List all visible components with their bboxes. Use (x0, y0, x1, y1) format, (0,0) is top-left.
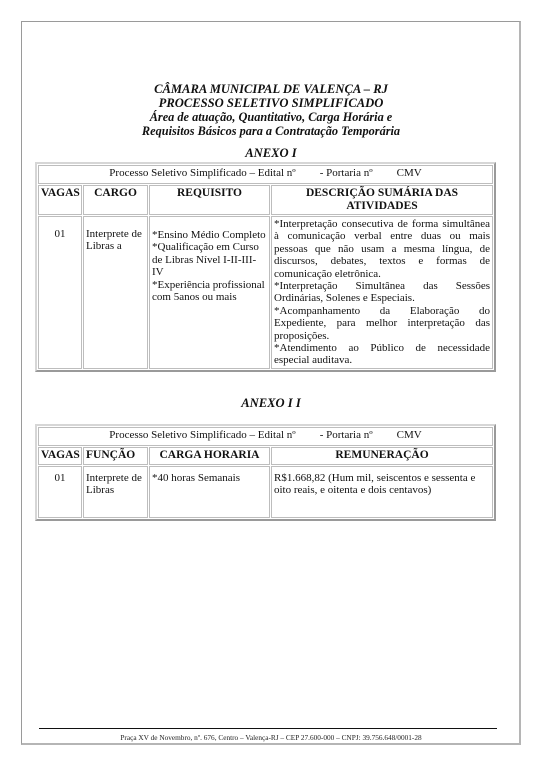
column-header-vagas: VAGAS (38, 447, 82, 465)
institution-name: CÂMARA MUNICIPAL DE VALENÇA – RJ (21, 82, 521, 96)
cell-funcao: Interprete de Libras (83, 466, 148, 518)
table-caption: Processo Seletivo Simplificado – Edital … (38, 165, 493, 184)
column-header-vagas: VAGAS (38, 185, 82, 215)
annex-1-table: Processo Seletivo Simplificado – Edital … (35, 162, 496, 372)
caption-portaria: - Portaria nº (320, 429, 373, 441)
cell-vagas: 01 (38, 216, 82, 369)
cell-vagas: 01 (38, 466, 82, 518)
caption-edital: Processo Seletivo Simplificado – Edital … (109, 429, 295, 441)
requisito-item: *Qualificação em Curso de Libras Nível I… (152, 241, 267, 278)
process-title: PROCESSO SELETIVO SIMPLIFICADO (21, 96, 521, 110)
subtitle-line-2: Requisitos Básicos para a Contratação Te… (21, 124, 521, 138)
cell-carga-horaria: *40 horas Semanais (149, 466, 270, 518)
column-header-cargo: CARGO (83, 185, 148, 215)
column-header-carga-horaria: CARGA HORARIA (149, 447, 270, 465)
column-header-descricao: DESCRIÇÃO SUMÁRIA DAS ATIVIDADES (271, 185, 493, 215)
column-header-remuneracao: REMUNERAÇÃO (271, 447, 493, 465)
footer-address: Praça XV de Novembro, nº. 676, Centro – … (21, 733, 521, 742)
descricao-item: *Interpretação Simultânea das Sessões Or… (274, 280, 490, 305)
cell-cargo: Interprete de Libras a (83, 216, 148, 369)
table-caption: Processo Seletivo Simplificado – Edital … (38, 427, 493, 446)
cell-requisito: *Ensino Médio Completo *Qualificação em … (149, 216, 270, 369)
descricao-item: *Interpretação consecutiva de forma simu… (274, 218, 490, 280)
annex-2-table: Processo Seletivo Simplificado – Edital … (35, 424, 496, 521)
requisito-item: *Experiência profissional com 5anos ou m… (152, 279, 267, 304)
document-header: CÂMARA MUNICIPAL DE VALENÇA – RJ PROCESS… (21, 82, 521, 138)
caption-cmv: CMV (397, 167, 422, 179)
requisito-item: *Ensino Médio Completo (152, 229, 267, 241)
table-row: 01 Interprete de Libras *40 horas Semana… (38, 466, 493, 518)
table-header-row: VAGAS CARGO REQUISITO DESCRIÇÃO SUMÁRIA … (38, 185, 493, 215)
caption-edital: Processo Seletivo Simplificado – Edital … (109, 167, 295, 179)
caption-cmv: CMV (397, 429, 422, 441)
subtitle-line-1: Área de atuação, Quantitativo, Carga Hor… (21, 110, 521, 124)
footer-divider (39, 728, 497, 729)
cell-remuneracao: R$1.668,82 (Hum mil, seiscentos e sessen… (271, 466, 493, 518)
descricao-item: *Acompanhamento da Elaboração do Expedie… (274, 305, 490, 342)
column-header-funcao: FUNÇÃO (83, 447, 148, 465)
descricao-item: *Atendimento ao Público de necessidade e… (274, 342, 490, 367)
table-header-row: VAGAS FUNÇÃO CARGA HORARIA REMUNERAÇÃO (38, 447, 493, 465)
annex-2-title: ANEXO I I (21, 396, 521, 411)
table-row: 01 Interprete de Libras a *Ensino Médio … (38, 216, 493, 369)
caption-portaria: - Portaria nº (320, 167, 373, 179)
column-header-requisito: REQUISITO (149, 185, 270, 215)
annex-1-title: ANEXO I (21, 146, 521, 161)
cell-descricao: *Interpretação consecutiva de forma simu… (271, 216, 493, 369)
